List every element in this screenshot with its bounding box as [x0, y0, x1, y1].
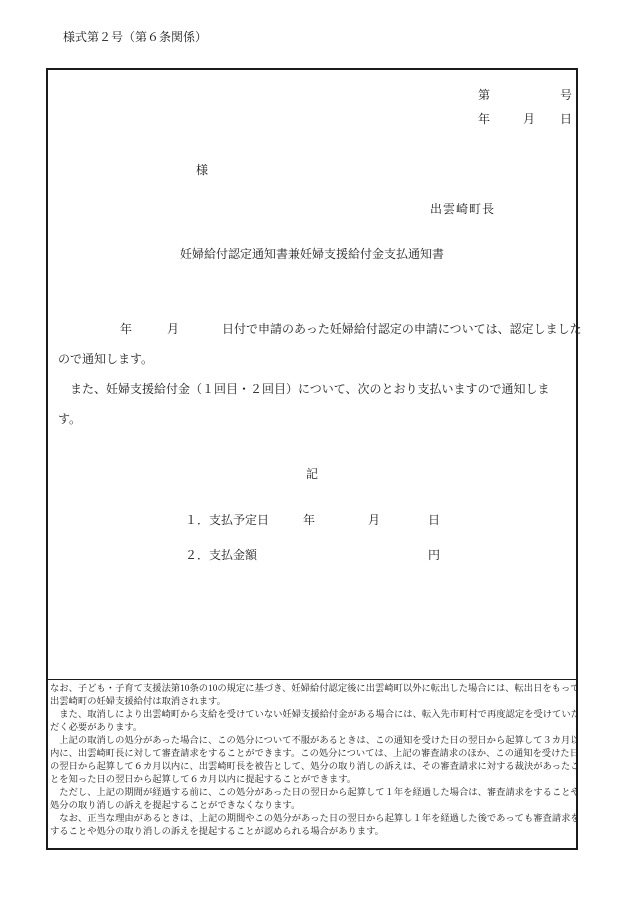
- body-paragraph1-line1: 日付で申請のあった妊婦給付認定の申請については、認定しました: [222, 322, 582, 336]
- payment-item1-day-label: 日: [428, 513, 440, 527]
- note-line: また、取消しにより出雲崎町から支給を受けていない妊婦支援給付金がある場合には、転…: [50, 709, 576, 722]
- note-line: 内に、出雲崎町長に対して審査請求をすることができます。この処分については、上記の…: [50, 748, 576, 761]
- note-line: 処分の取り消しの訴えを提起することができなくなります。: [50, 800, 576, 813]
- body-application-year-label: 年: [120, 322, 132, 336]
- document-page: 様式第２号（第６条関係） 第 号 年 月 日 様 出雲崎町長 妊婦給付認定通知書…: [0, 0, 630, 903]
- payment-item2-label: ２．支払金額: [185, 548, 257, 562]
- note-line: なお、子ども・子育て支援法第10条の10の規定に基づき、妊婦給付認定後に出雲崎町…: [50, 683, 576, 696]
- note-line: することや処分の取り消しの訴えを提起することが認められる場合があります。: [50, 826, 576, 839]
- body-paragraph2-line2: す。: [58, 412, 81, 426]
- body-application-month-label: 月: [167, 322, 179, 336]
- body-paragraph1-line2: ので通知します。: [58, 352, 153, 366]
- form-number-label: 様式第２号（第６条関係）: [63, 31, 207, 44]
- recipient-honorific: 様: [196, 163, 208, 177]
- note-line: の翌日から起算して６カ月以内に、出雲崎町長を被告として、処分の取り消しの訴えは、…: [50, 761, 576, 774]
- note-line: なお、正当な理由があるときは、上記の期間やこの処分があった日の翌日から起算し１年…: [50, 813, 576, 826]
- payment-item1-month-label: 月: [368, 513, 380, 527]
- payment-item1-year-label: 年: [303, 513, 315, 527]
- record-marker: 記: [48, 465, 576, 482]
- doc-date-day-label: 日: [560, 112, 572, 126]
- note-line: だく必要があります。: [50, 722, 576, 735]
- doc-date-month-label: 月: [523, 112, 535, 126]
- note-line: とを知った日の翌日から起算して６カ月以内に提起することができます。: [50, 774, 576, 787]
- document-border-box: 第 号 年 月 日 様 出雲崎町長 妊婦給付認定通知書兼妊婦支援給付金支払通知書…: [46, 68, 578, 850]
- payment-item1-label: １．支払予定日: [185, 513, 269, 527]
- doc-date-year-label: 年: [478, 112, 490, 126]
- sender-title: 出雲崎町長: [430, 202, 495, 216]
- doc-number-prefix: 第: [478, 88, 490, 102]
- doc-number-unit: 号: [560, 88, 572, 102]
- note-line: 出雲崎町の妊婦支援給付は取消されます。: [50, 696, 576, 709]
- body-paragraph2-line1: また、妊婦支援給付金（１回目・２回目）について、次のとおり支払いますので通知しま: [58, 382, 550, 396]
- notes-divider-line: [46, 679, 578, 680]
- payment-item2-unit-label: 円: [428, 548, 440, 562]
- legal-notes-section: なお、子ども・子育て支援法第10条の10の規定に基づき、妊婦給付認定後に出雲崎町…: [50, 683, 576, 839]
- document-title: 妊婦給付認定通知書兼妊婦支援給付金支払通知書: [48, 245, 576, 262]
- note-line: 上記の取消しの処分があった場合に、この処分について不服があるときは、この通知を受…: [50, 735, 576, 748]
- note-line: ただし、上記の期間が経過する前に、この処分があった日の翌日から起算して１年を経過…: [50, 787, 576, 800]
